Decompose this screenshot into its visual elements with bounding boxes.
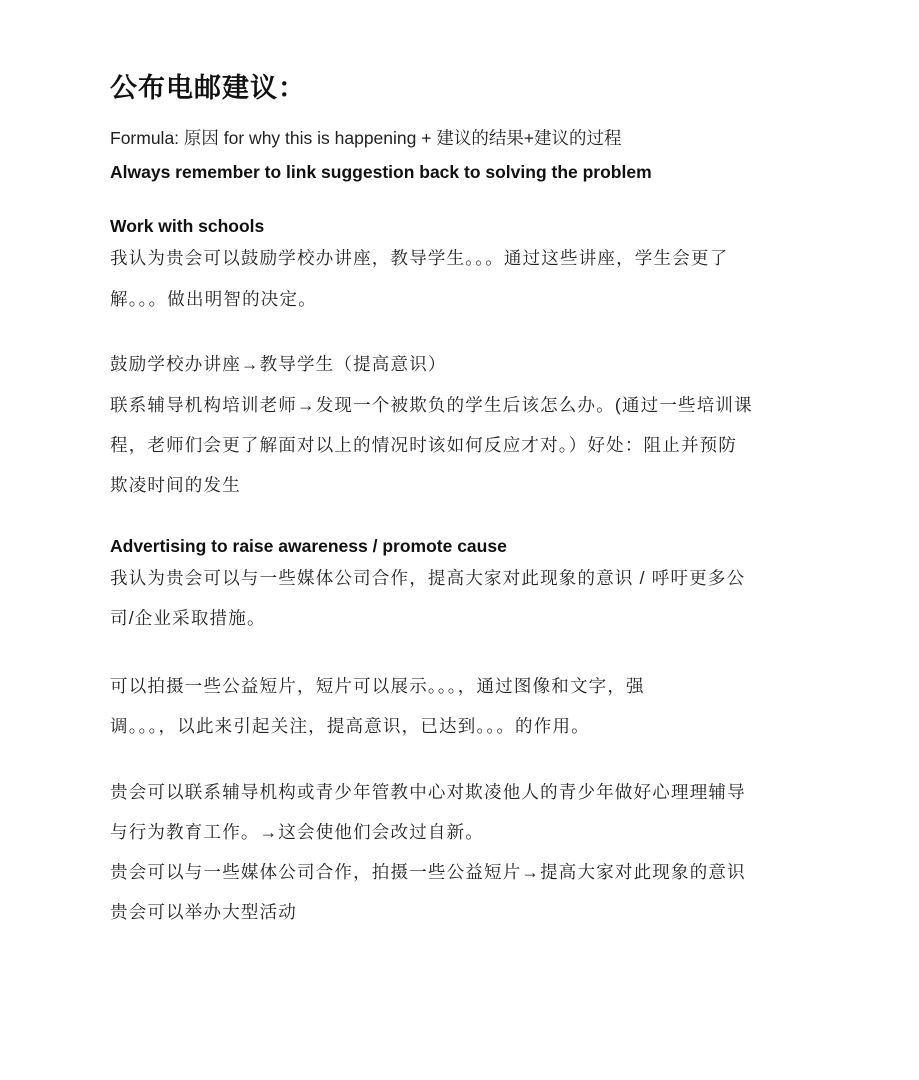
paragraph-line: 司/企业采取措施。 (110, 607, 266, 629)
formula-line: Formula: 原因 for why this is happening + … (110, 127, 622, 149)
section-heading-advertising: Advertising to raise awareness / promote… (110, 535, 507, 557)
paragraph-line: 我认为贵会可以鼓励学校办讲座，教导学生。。。通过这些讲座，学生会更了 (110, 247, 728, 269)
paragraph-line: 程，老师们会更了解面对以上的情况时该如何反应才对。）好处：阻止并预防 (110, 434, 737, 456)
paragraph-line: 可以拍摄一些公益短片，短片可以展示。。。，通过图像和文字，强 (110, 675, 645, 697)
paragraph-line: 联系辅导机构培训老师→发现一个被欺负的学生后该怎么办。(通过一些培训课 (110, 394, 753, 416)
paragraph-line: 我认为贵会可以与一些媒体公司合作，提高大家对此现象的意识 / 呼吁更多公 (110, 567, 745, 589)
paragraph-line: 贵会可以联系辅导机构或青少年管教中心对欺凌他人的青少年做好心理理辅导 (110, 781, 746, 803)
paragraph-line: 解。。。做出明智的决定。 (110, 288, 317, 310)
paragraph-line: 贵会可以举办大型活动 (110, 901, 297, 923)
paragraph-line: 欺凌时间的发生 (110, 474, 241, 496)
section-heading-work-with-schools: Work with schools (110, 215, 264, 237)
paragraph-line: 调。。。，以此来引起关注，提高意识，已达到。。。的作用。 (110, 715, 590, 737)
page-title: 公布电邮建议： (110, 66, 306, 105)
paragraph-line: 鼓励学校办讲座→教导学生（提高意识） (110, 353, 447, 375)
paragraph-line: 与行为教育工作。→这会使他们会改过自新。 (110, 821, 484, 843)
reminder-line: Always remember to link suggestion back … (110, 161, 652, 183)
paragraph-line: 贵会可以与一些媒体公司合作，拍摄一些公益短片→提高大家对此现象的意识 (110, 861, 746, 883)
